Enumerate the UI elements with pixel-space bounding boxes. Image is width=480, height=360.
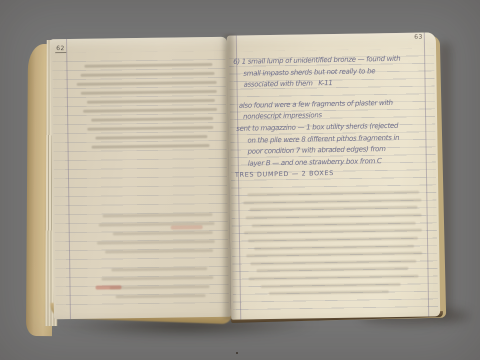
handwritten-line: associated with them K-11 xyxy=(233,76,433,91)
page-number-right: 63 xyxy=(414,34,423,41)
show-through-red-ink xyxy=(95,285,121,289)
show-through-red-ink xyxy=(171,225,203,229)
table-speck xyxy=(236,352,238,354)
journal-entry: 6) 1 small lump of unidentified bronze —… xyxy=(233,53,435,181)
right-page: 63 6) 1 small lump of unidentified bronz… xyxy=(227,32,440,319)
left-page: 62 xyxy=(50,37,231,319)
notebook-photo: 62 63 6) 1 small lump of unidentified br… xyxy=(0,0,480,360)
show-through-writing xyxy=(227,32,436,35)
page-number-left: 62 xyxy=(55,45,66,53)
spine-gutter-shadow xyxy=(221,34,237,320)
show-through-writing xyxy=(50,37,227,39)
show-through-writing xyxy=(50,37,227,39)
